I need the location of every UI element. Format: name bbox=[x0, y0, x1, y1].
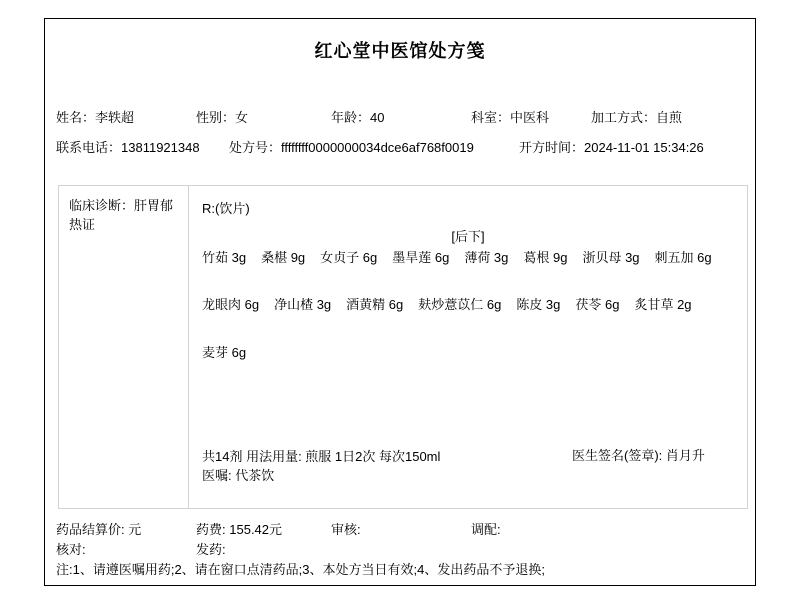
patient-name-value: 李轶超 bbox=[95, 110, 134, 125]
herb-item: 女贞子 6g bbox=[320, 247, 377, 266]
patient-department-label: 科室： bbox=[471, 110, 510, 125]
prescription-box: 临床诊断：肝胃郁热证 R:(饮片) [后下] 竹茹 3g桑椹 9g女贞子 6g墨… bbox=[58, 185, 748, 509]
prescription-time-value: 2024-11-01 15:34:26 bbox=[584, 140, 704, 155]
patient-gender: 性别：女 bbox=[196, 107, 248, 126]
herb-item: 葛根 9g bbox=[523, 247, 567, 266]
clinical-diagnosis: 临床诊断：肝胃郁热证 bbox=[59, 186, 189, 508]
processing-method-value: 自煎 bbox=[656, 110, 682, 125]
herb-line: 龙眼肉 6g净山楂 3g酒黄精 6g麸炒薏苡仁 6g陈皮 3g茯苓 6g炙甘草 … bbox=[202, 294, 739, 313]
medicine-fee-label: 药费: bbox=[196, 522, 226, 537]
contact-phone-label: 联系电话： bbox=[56, 140, 121, 155]
patient-department-value: 中医科 bbox=[510, 110, 549, 125]
patient-name-label: 姓名： bbox=[56, 110, 95, 125]
contact-phone: 联系电话：13811921348 bbox=[56, 137, 200, 156]
settle-price: 药品结算价: 元 bbox=[56, 519, 141, 538]
settle-price-value: 元 bbox=[128, 522, 141, 537]
check-label: 核对: bbox=[56, 542, 86, 557]
rx-header: R:(饮片) bbox=[202, 198, 250, 217]
review-field: 审核: bbox=[331, 519, 361, 538]
prescription-page: 红心堂中医馆处方笺 姓名：李轶超 性别：女 年龄：40 科室：中医科 加工方式：… bbox=[0, 0, 800, 600]
herb-item: 薄荷 3g bbox=[464, 247, 508, 266]
page-frame: 红心堂中医馆处方笺 姓名：李轶超 性别：女 年龄：40 科室：中医科 加工方式：… bbox=[44, 18, 756, 586]
patient-age-value: 40 bbox=[370, 110, 384, 125]
medical-instruction: 医嘱: 代茶饮 bbox=[202, 465, 274, 484]
patient-age: 年龄：40 bbox=[331, 107, 384, 126]
clinical-diagnosis-label: 临床诊断： bbox=[69, 198, 134, 213]
herb-item: 炙甘草 2g bbox=[634, 294, 691, 313]
prescription-body: R:(饮片) [后下] 竹茹 3g桑椹 9g女贞子 6g墨旱莲 6g薄荷 3g葛… bbox=[189, 186, 747, 508]
patient-gender-label: 性别： bbox=[196, 110, 235, 125]
herb-item: 麦芽 6g bbox=[202, 342, 246, 361]
settle-price-label: 药品结算价: bbox=[56, 522, 125, 537]
check-field: 核对: bbox=[56, 539, 86, 558]
herb-item: 茯苓 6g bbox=[575, 294, 619, 313]
usage-summary: 共14剂 用法用量: 煎服 1日2次 每次150ml bbox=[202, 446, 440, 465]
page-title: 红心堂中医馆处方笺 bbox=[45, 37, 755, 63]
herb-item: 浙贝母 3g bbox=[582, 247, 639, 266]
dispense-label: 调配: bbox=[471, 522, 501, 537]
footer-note: 注:1、请遵医嘱用药;2、请在窗口点清药品;3、本处方当日有效;4、发出药品不予… bbox=[56, 559, 545, 578]
medicine-fee: 药费: 155.42元 bbox=[196, 519, 282, 538]
prescription-number: 处方号：ffffffff0000000034dce6af768f0019 bbox=[229, 137, 474, 156]
herb-item: 龙眼肉 6g bbox=[202, 294, 259, 313]
processing-method-label: 加工方式： bbox=[591, 110, 656, 125]
issue-field: 发药: bbox=[196, 539, 226, 558]
dispense-field: 调配: bbox=[471, 519, 501, 538]
review-label: 审核: bbox=[331, 522, 361, 537]
issue-label: 发药: bbox=[196, 542, 226, 557]
doctor-signature: 医生签名(签章): 肖月升 bbox=[572, 446, 737, 465]
medical-instruction-value: 代茶饮 bbox=[235, 468, 274, 483]
prescription-time: 开方时间：2024-11-01 15:34:26 bbox=[519, 137, 704, 156]
prescription-number-label: 处方号： bbox=[229, 140, 281, 155]
doctor-signature-value: 肖月升 bbox=[666, 448, 705, 463]
herb-line: 麦芽 6g bbox=[202, 342, 739, 361]
herb-item: 麸炒薏苡仁 6g bbox=[418, 294, 501, 313]
patient-name: 姓名：李轶超 bbox=[56, 107, 134, 126]
prescription-number-value: ffffffff0000000034dce6af768f0019 bbox=[281, 140, 474, 155]
herb-line: 竹茹 3g桑椹 9g女贞子 6g墨旱莲 6g薄荷 3g葛根 9g浙贝母 3g刺五… bbox=[202, 247, 739, 266]
herb-item: 酒黄精 6g bbox=[346, 294, 403, 313]
medical-instruction-label: 医嘱: bbox=[202, 468, 232, 483]
contact-phone-value: 13811921348 bbox=[121, 140, 200, 155]
processing-method: 加工方式：自煎 bbox=[591, 107, 682, 126]
medicine-fee-value: 155.42元 bbox=[229, 522, 282, 537]
herb-item: 陈皮 3g bbox=[516, 294, 560, 313]
herb-item: 净山楂 3g bbox=[274, 294, 331, 313]
herb-item: 墨旱莲 6g bbox=[392, 247, 449, 266]
prescription-time-label: 开方时间： bbox=[519, 140, 584, 155]
herb-item: 桑椹 9g bbox=[261, 247, 305, 266]
herb-item: 竹茹 3g bbox=[202, 247, 246, 266]
patient-department: 科室：中医科 bbox=[471, 107, 549, 126]
herb-item: 刺五加 6g bbox=[655, 247, 712, 266]
patient-age-label: 年龄： bbox=[331, 110, 370, 125]
patient-gender-value: 女 bbox=[235, 110, 248, 125]
decoct-later-annotation: [后下] bbox=[189, 226, 747, 245]
doctor-signature-label: 医生签名(签章): bbox=[572, 448, 662, 463]
